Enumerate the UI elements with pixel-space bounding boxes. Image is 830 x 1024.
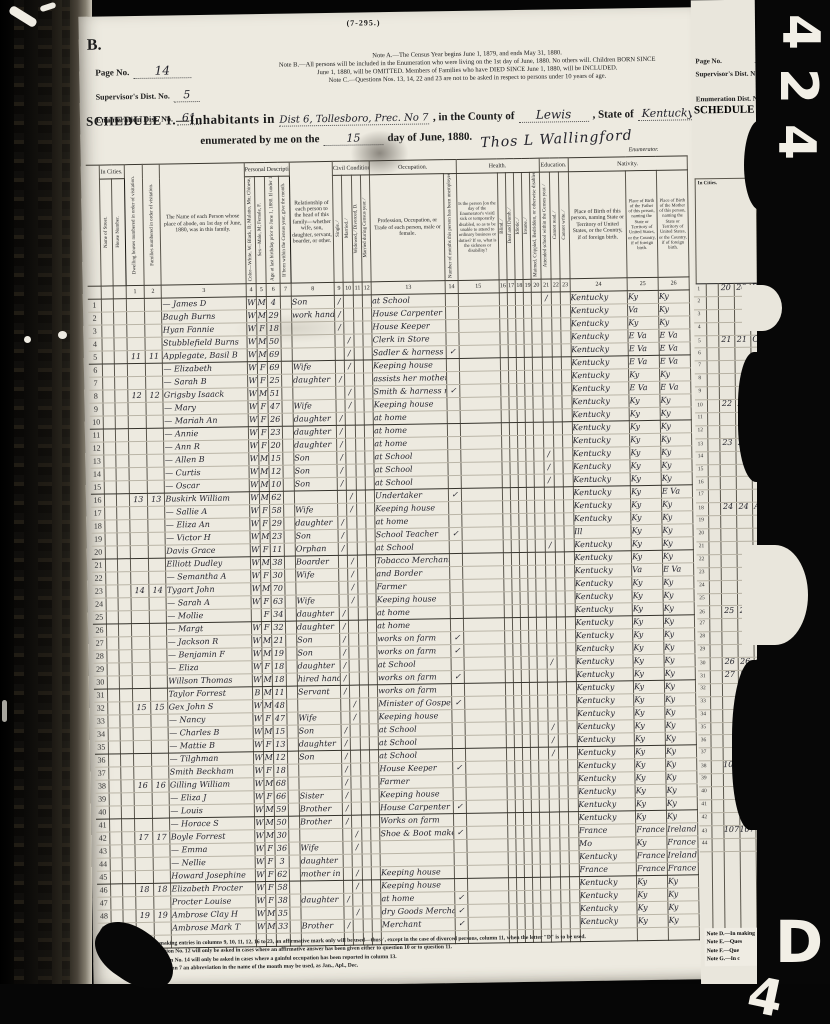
census-cell [516, 851, 524, 864]
census-cell: ∕ [337, 438, 346, 451]
census-cell: 18 [135, 883, 154, 896]
census-cell [292, 321, 335, 335]
census-cell [452, 709, 465, 722]
census-cell [553, 370, 562, 383]
census-cell: daughter [301, 893, 344, 907]
census-cell: 36 [275, 842, 289, 855]
census-cell [534, 409, 543, 422]
census-cell [535, 526, 544, 539]
census-cell: W [250, 518, 260, 531]
census-cell [347, 477, 356, 490]
census-cell [344, 880, 353, 893]
census-cell: W [255, 882, 265, 895]
census-cell [350, 672, 359, 685]
census-cell: Ky [630, 433, 661, 446]
census-cell: Kentucky [577, 733, 635, 747]
census-cell [450, 553, 463, 566]
census-cell: Kentucky [575, 642, 633, 656]
census-cell: W [252, 700, 262, 713]
census-cell: France [667, 836, 698, 849]
census-cell [362, 295, 371, 308]
census-cell [547, 682, 557, 695]
census-cell: Ky [633, 628, 664, 641]
census-cell [353, 295, 362, 308]
census-cell: ∕ [544, 461, 554, 474]
census-cell [366, 542, 375, 555]
census-cell [127, 376, 146, 389]
census-cell [107, 676, 120, 689]
census-cell: — Sarah B [163, 375, 247, 389]
census-cell [150, 675, 168, 688]
census-cell [449, 540, 462, 553]
census-cell [284, 569, 296, 582]
census-cell [369, 711, 378, 724]
census-cell: — Sarah A [167, 596, 251, 610]
census-cell: Kentucky [577, 772, 635, 786]
census-cell [280, 296, 292, 309]
census-cell [513, 683, 521, 696]
census-cell: M [260, 530, 270, 543]
census-cell [506, 761, 514, 774]
census-cell: 19 [272, 647, 286, 660]
census-cell [343, 828, 352, 841]
census-cell [348, 542, 357, 555]
census-cell [128, 428, 147, 441]
census-cell: W [248, 440, 258, 453]
census-cell [367, 620, 376, 633]
census-cell: work hand [292, 308, 335, 322]
census-cell: 16 [152, 779, 170, 792]
census-cell [531, 773, 539, 786]
census-cell [281, 348, 293, 361]
census-cell [343, 854, 352, 867]
census-cell: ∕ [340, 672, 349, 685]
census-cell [565, 552, 574, 565]
census-cell: Kentucky [576, 707, 634, 721]
census-cell: ∕ [544, 474, 554, 487]
census-cell [352, 802, 361, 815]
census-cell: Kentucky [578, 798, 636, 812]
census-cell: W [250, 570, 260, 583]
census-cell [533, 903, 541, 916]
census-cell: Grigsby Isaack [163, 388, 247, 402]
census-cell: Ky [629, 368, 660, 381]
census-cell [533, 396, 542, 409]
census-cell [555, 552, 564, 565]
census-cell: at home [374, 424, 448, 438]
census-cell [149, 610, 167, 623]
staple-hole [58, 331, 67, 339]
census-cell: Kentucky [572, 434, 630, 448]
census-cell [464, 683, 505, 697]
census-cell [554, 487, 563, 500]
census-cell [353, 308, 362, 321]
census-cell: Ky [634, 693, 665, 706]
census-cell [152, 766, 170, 779]
census-cell: 34 [95, 728, 109, 741]
census-cell: ✓ [447, 384, 460, 397]
census-cell [103, 429, 116, 442]
census-cell: M [264, 803, 274, 816]
census-cell: 69 [268, 361, 282, 374]
census-cell [562, 396, 571, 409]
census-cell [570, 864, 579, 877]
census-cell [286, 699, 298, 712]
census-cell [350, 724, 359, 737]
census-cell [510, 488, 518, 501]
census-cell: 41 [96, 819, 110, 832]
census-cell [368, 672, 377, 685]
relationship-column-header: Relationship of each person to the head … [289, 161, 334, 283]
census-cell [466, 800, 507, 814]
census-cell [541, 903, 550, 916]
census-cell: Ky [631, 511, 662, 524]
census-cell: 29 [267, 309, 281, 322]
census-cell [567, 708, 576, 721]
census-cell: 63 [271, 595, 285, 608]
census-cell [564, 539, 573, 552]
census-cell: E Va [628, 329, 659, 342]
census-cell: Ky [631, 524, 662, 537]
census-cell [526, 461, 534, 474]
census-cell [570, 890, 579, 903]
census-cell: 39 [96, 793, 110, 806]
census-cell [543, 422, 553, 435]
in-cities-group-header: In Cities. [99, 165, 124, 179]
census-cell: 13 [274, 738, 288, 751]
census-cell: — Horace S [170, 817, 254, 831]
census-cell: Kentucky [574, 551, 632, 565]
census-cell [361, 776, 370, 789]
census-cell [504, 644, 512, 657]
census-cell: 23 [269, 426, 283, 439]
census-cell: ∕ [344, 893, 353, 906]
census-cell: W [254, 778, 264, 791]
census-cell [516, 357, 524, 370]
census-cell [119, 624, 132, 637]
census-cell: F [262, 660, 272, 673]
census-cell: Ky [665, 719, 696, 732]
census-cell: Ky [663, 615, 694, 628]
census-cell [563, 448, 572, 461]
census-cell [554, 474, 563, 487]
census-cell [363, 347, 372, 360]
census-cell: Ambrose Clay H [171, 908, 255, 922]
census-cell [512, 618, 520, 631]
census-cell [354, 360, 363, 373]
bottom-mark-d: D [775, 908, 823, 976]
census-cell [533, 877, 541, 890]
census-cell: Ky [661, 472, 692, 485]
census-cell [104, 494, 117, 507]
census-cell: 19 [154, 909, 172, 922]
census-cell [556, 591, 565, 604]
census-cell [538, 695, 547, 708]
census-cell [567, 721, 576, 734]
census-cell [511, 553, 519, 566]
census-cell: W [252, 674, 262, 687]
census-cell: ∕ [353, 906, 362, 919]
census-cell [566, 643, 575, 656]
enumerated-label: enumerated by me on the [200, 133, 319, 147]
census-cell [365, 464, 374, 477]
census-cell [530, 682, 538, 695]
census-cell: at home [376, 606, 450, 620]
census-cell [549, 825, 559, 838]
census-cell [562, 370, 571, 383]
census-cell: W [250, 544, 260, 557]
census-cell: Wife [296, 568, 339, 582]
census-cell [511, 514, 519, 527]
census-cell: Willson Thomas [168, 674, 252, 688]
census-cell: Ky [661, 459, 692, 472]
census-cell: 12 [269, 465, 283, 478]
census-cell [115, 377, 128, 390]
census-cell [523, 760, 531, 773]
census-cell: W [254, 817, 264, 830]
census-cell: Kentucky [579, 902, 637, 916]
frag-enumeration-label: Enumeration Dist. No. [696, 95, 763, 104]
census-cell [107, 637, 120, 650]
census-cell [127, 363, 146, 376]
census-cell [525, 370, 533, 383]
census-cell [455, 878, 468, 891]
census-cell [105, 520, 118, 533]
census-cell: W [250, 531, 260, 544]
census-cell [101, 299, 114, 312]
census-cell: Baugh Burns [162, 310, 246, 324]
census-cell [503, 579, 511, 592]
census-cell: 22 [92, 572, 106, 585]
census-cell [445, 293, 458, 306]
census-cell: B [252, 687, 262, 700]
census-cell [135, 896, 154, 909]
census-cell [346, 464, 355, 477]
census-cell [557, 643, 566, 656]
state-label: , State of [592, 108, 633, 121]
census-cell [132, 662, 151, 675]
census-cell: Kentucky [575, 629, 633, 643]
census-cell [104, 481, 117, 494]
census-cell: 25 [93, 611, 107, 624]
census-table-body: 1— James DWM4Son∕at School∕KentuckyKyKy2… [88, 290, 700, 949]
census-cell [521, 643, 529, 656]
census-cell: Keeping house [380, 866, 454, 880]
census-cell [541, 305, 551, 318]
census-cell: 32 [94, 702, 108, 715]
census-cell [117, 494, 130, 507]
census-cell: ∕ [342, 763, 351, 776]
census-cell: W [254, 791, 264, 804]
census-cell [131, 610, 150, 623]
census-cell: Va [632, 563, 663, 576]
census-cell: ∕ [352, 841, 361, 854]
census-cell [519, 500, 527, 513]
census-cell: — Nellie [171, 856, 255, 870]
census-cell: France [578, 824, 636, 838]
census-cell [514, 748, 522, 761]
census-cell [118, 559, 131, 572]
census-cell [550, 851, 560, 864]
census-cell: 7 [89, 377, 103, 390]
census-cell [300, 880, 343, 894]
census-cell [566, 617, 575, 630]
census-cell [546, 617, 556, 630]
spine-mark-2: 2 [768, 68, 828, 104]
census-cell [128, 454, 147, 467]
census-cell [299, 776, 342, 790]
census-cell [343, 867, 352, 880]
census-cell: — Elizabeth [163, 362, 247, 376]
census-cell: W [253, 752, 263, 765]
census-cell [461, 501, 502, 515]
census-cell [110, 871, 123, 884]
census-cell: ∕ [340, 620, 349, 633]
census-cell [107, 650, 120, 663]
census-cell: ∕ [335, 321, 344, 334]
census-cell [289, 868, 301, 881]
census-cell [508, 371, 516, 384]
census-cell: Ky [635, 797, 666, 810]
census-cell [502, 501, 510, 514]
census-cell: 11 [127, 350, 146, 363]
census-cell [519, 513, 527, 526]
census-cell: 19 [92, 533, 106, 546]
census-cell [368, 685, 377, 698]
census-cell [122, 858, 135, 871]
census-cell [569, 851, 578, 864]
census-cell: daughter [294, 438, 337, 452]
census-cell [524, 331, 532, 344]
census-cell: Ky [631, 498, 662, 511]
census-cell: — Mariah An [164, 414, 248, 428]
census-cell [524, 292, 532, 305]
census-cell [536, 565, 545, 578]
census-cell [356, 477, 365, 490]
census-cell: daughter [293, 373, 336, 387]
census-cell: Ky [668, 888, 699, 901]
census-cell [353, 893, 362, 906]
census-cell [461, 475, 502, 489]
census-cell [509, 410, 517, 423]
census-cell [537, 643, 546, 656]
census-cell: Keeping house [376, 593, 450, 607]
census-cell: Wife [300, 841, 343, 855]
census-cell [525, 877, 533, 890]
census-cell: M [264, 777, 274, 790]
census-cell: 30 [94, 676, 108, 689]
census-cell [364, 412, 373, 425]
census-cell: Ky [630, 446, 661, 459]
census-cell [287, 712, 299, 725]
census-cell: Kentucky [573, 473, 631, 487]
census-cell [546, 578, 556, 591]
census-cell: F [259, 439, 269, 452]
census-cell: 26 [268, 413, 282, 426]
census-cell: Shoe & Boot maker [380, 827, 454, 841]
census-cell: ✓ [452, 696, 465, 709]
census-cell: Tobacco Merchant [376, 554, 450, 568]
census-cell [531, 747, 539, 760]
census-cell [519, 539, 527, 552]
census-cell [116, 442, 129, 455]
census-cell: Son [297, 646, 340, 660]
census-cell [540, 812, 549, 825]
census-cell [529, 630, 537, 643]
census-cell [553, 383, 562, 396]
census-cell: Kentucky [577, 759, 635, 773]
census-cell: 16 [133, 779, 152, 792]
census-cell: 51 [268, 387, 282, 400]
census-cell [146, 376, 164, 389]
census-cell: Kentucky [575, 603, 633, 617]
census-cell: M [262, 647, 272, 660]
census-cell [294, 490, 337, 504]
census-cell [551, 903, 561, 916]
census-cell [461, 488, 502, 502]
census-cell: W [251, 622, 261, 635]
census-cell [115, 403, 128, 416]
census-cell [146, 428, 164, 441]
census-cell [529, 656, 537, 669]
census-cell: Ky [632, 602, 663, 615]
census-cell [135, 870, 154, 883]
census-cell [347, 529, 356, 542]
census-cell: M [263, 699, 273, 712]
census-cell: ∕ [336, 373, 345, 386]
census-cell: ∕ [547, 656, 557, 669]
census-cell [539, 734, 548, 747]
census-cell: assists her mother [373, 372, 447, 386]
census-cell: E Va [629, 381, 660, 394]
census-cell [106, 624, 119, 637]
form-number: (7-295.) [346, 18, 380, 28]
census-cell: ∕ [336, 412, 345, 425]
census-cell: 38 [95, 780, 109, 793]
census-cell [536, 591, 545, 604]
census-cell [452, 683, 465, 696]
census-cell [524, 864, 532, 877]
census-cell [533, 916, 541, 929]
census-cell [532, 825, 540, 838]
census-cell [521, 630, 529, 643]
census-cell [371, 867, 380, 880]
census-cell [346, 451, 355, 464]
census-cell [565, 591, 574, 604]
census-cell: ∕ [348, 555, 357, 568]
census-cell [372, 919, 381, 932]
census-cell [106, 611, 119, 624]
census-cell: E Va [660, 381, 691, 394]
census-cell: Ky [631, 550, 662, 563]
census-cell [566, 656, 575, 669]
census-cell: Son [294, 477, 337, 491]
census-cell [360, 737, 369, 750]
census-cell: 36 [95, 754, 109, 767]
census-cell: Ky [633, 667, 664, 680]
census-cell: F [264, 790, 274, 803]
day-of-label: day of June, 1880. [387, 131, 472, 144]
census-cell [108, 715, 121, 728]
census-cell [525, 396, 533, 409]
census-cell: 29 [270, 517, 284, 530]
census-cell [537, 656, 546, 669]
census-cell: mother in law [300, 867, 343, 881]
census-cell [530, 721, 538, 734]
census-cell [144, 298, 162, 311]
census-cell: 32 [272, 621, 286, 634]
census-cell [532, 838, 540, 851]
